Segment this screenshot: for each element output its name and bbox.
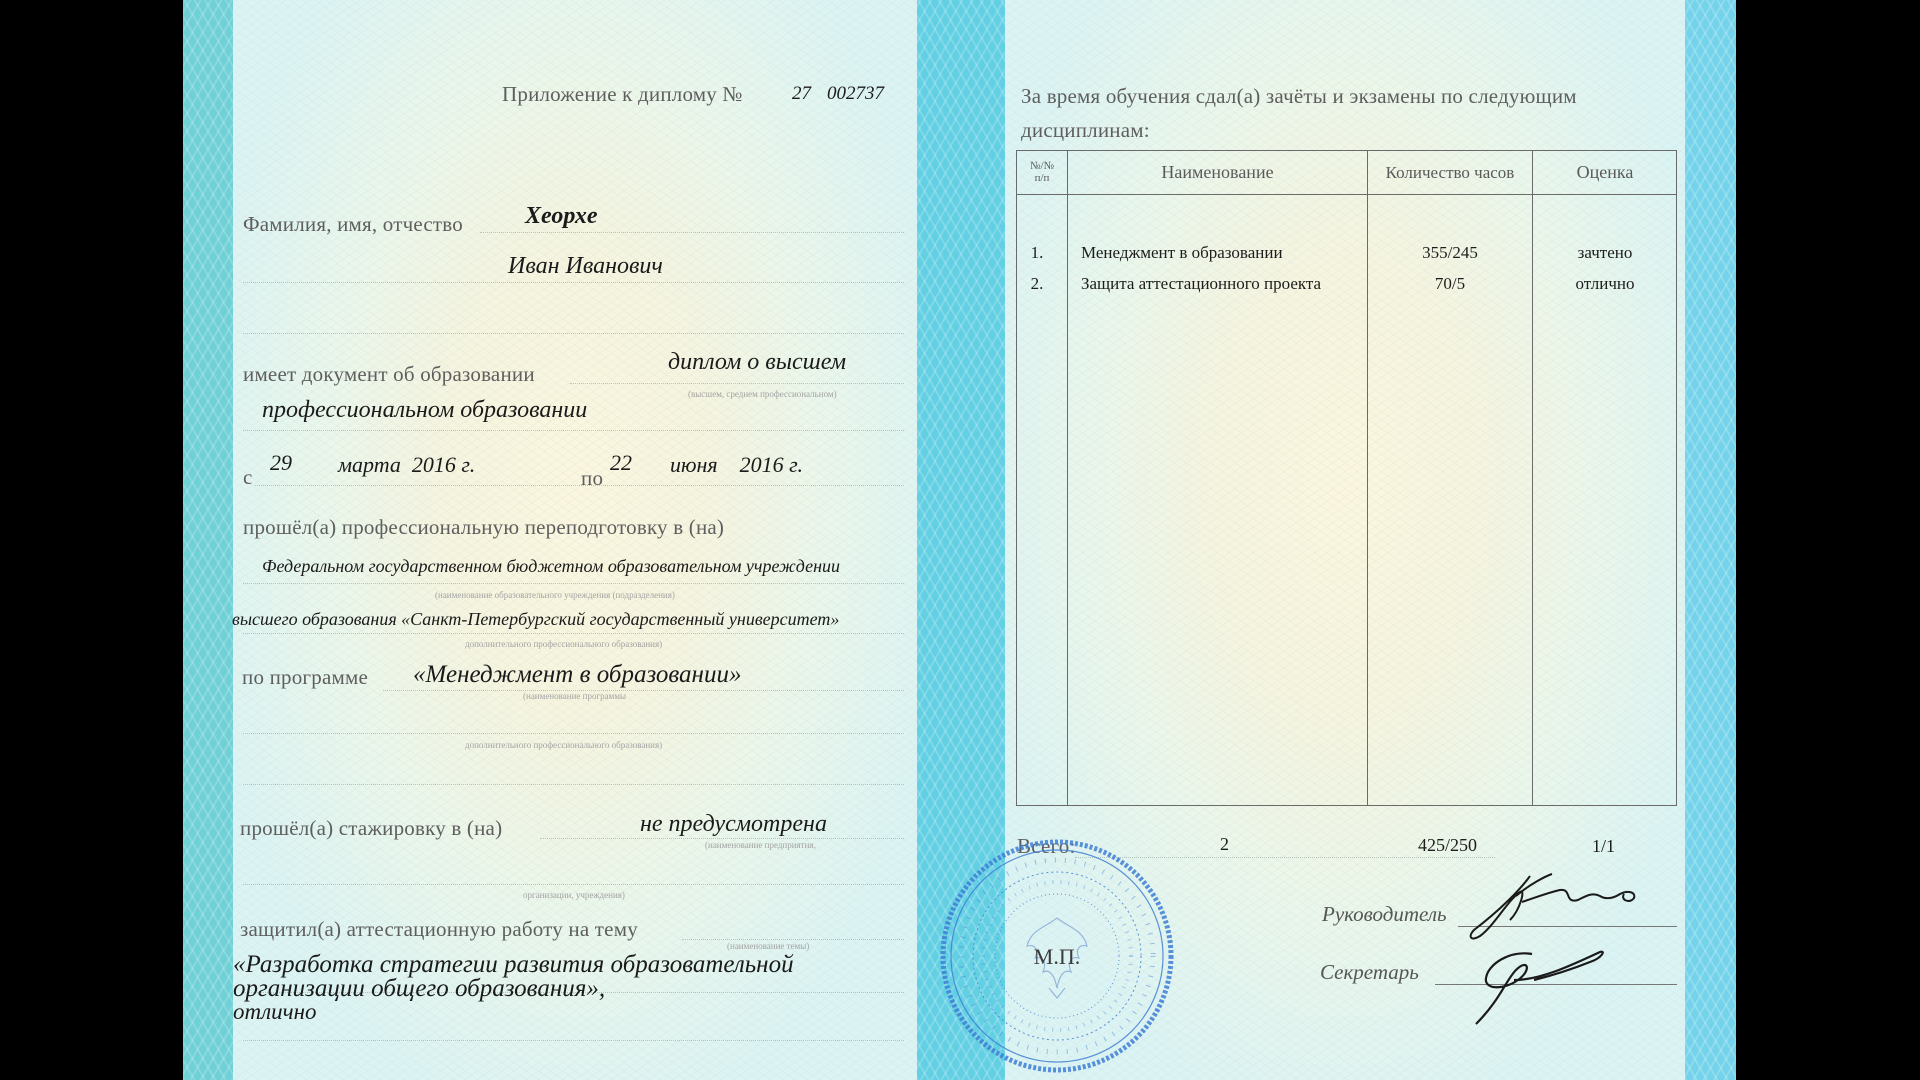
program-dotline-3 <box>243 784 904 785</box>
education-doc-line-2 <box>243 430 904 431</box>
education-doc-line-1 <box>570 383 904 384</box>
right-border-strip <box>1685 0 1736 1080</box>
thesis-label: защитил(а) аттестационную работу на тему <box>240 917 638 942</box>
appendix-series: 27 <box>792 83 811 105</box>
period-from-month-year: марта 2016 г. <box>338 452 475 478</box>
appendix-label: Приложение к диплому № <box>502 82 743 107</box>
row-number: 2. <box>1017 274 1057 294</box>
institution-caption-2: дополнительного профессионального образо… <box>465 639 662 649</box>
header-name: Наименование <box>1068 151 1367 194</box>
education-doc-caption: (высшем, среднем профессиональном) <box>688 389 837 399</box>
retraining-label: прошёл(а) профессиональную переподготовк… <box>243 515 724 540</box>
period-to-day: 22 <box>610 450 632 476</box>
row-grade: зачтено <box>1533 243 1677 263</box>
education-doc-label: имеет документ об образовании <box>243 362 535 387</box>
left-border-strip <box>183 0 233 1080</box>
program-value: «Менеджмент в образовании» <box>413 661 741 689</box>
institution-line-2: высшего образования «Санкт-Петербургский… <box>232 609 839 630</box>
internship-dotline-2 <box>243 884 904 885</box>
institution-dotline-2 <box>243 633 904 634</box>
name-patronymic: Иван Иванович <box>508 253 663 280</box>
program-caption-2: дополнительного профессионального образо… <box>465 740 662 750</box>
row-discipline-name: Менеджмент в образовании <box>1081 243 1283 263</box>
thesis-dotline-3 <box>243 1040 904 1041</box>
appendix-number: 002737 <box>827 83 884 105</box>
secretary-signature-line <box>1435 984 1677 985</box>
thesis-caption: (наименование темы) <box>727 941 809 951</box>
program-dotline-2 <box>243 733 904 734</box>
thesis-dotline-1 <box>682 939 904 940</box>
thesis-grade: отлично <box>233 999 317 1025</box>
fio-line-1 <box>480 232 904 233</box>
internship-value: не предусмотрена <box>640 811 827 838</box>
header-num-top: №/№ <box>1030 161 1054 173</box>
internship-label: прошёл(а) стажировку в (на) <box>240 816 502 841</box>
surname: Хеорхе <box>525 203 598 230</box>
fio-line-2 <box>243 282 904 283</box>
row-hours: 355/245 <box>1368 243 1532 263</box>
fio-line-3 <box>243 333 904 334</box>
total-grades: 1/1 <box>1592 836 1615 857</box>
total-hours: 425/250 <box>1418 835 1477 856</box>
period-to-label: по <box>581 466 603 491</box>
program-dotline-1 <box>383 690 904 691</box>
program-label: по программе <box>242 665 368 690</box>
institution-dotline-1 <box>243 583 904 584</box>
period-line <box>255 485 904 486</box>
total-label: Всего: <box>1017 834 1076 859</box>
header-num-bottom: п/п <box>1035 173 1050 185</box>
secretary-label: Секретарь <box>1320 960 1419 985</box>
institution-caption-1: (наименование образовательного учреждени… <box>435 590 675 600</box>
period-to-month-year: июня 2016 г. <box>670 452 803 478</box>
row-discipline-name: Защита аттестационного проекта <box>1081 274 1321 294</box>
total-count: 2 <box>1220 834 1229 855</box>
header-divider <box>1017 194 1676 195</box>
header-grade: Оценка <box>1533 151 1677 194</box>
internship-dotline-1 <box>540 838 904 839</box>
education-doc-value-2: профессиональном образовании <box>262 397 587 424</box>
institution-line-1: Федеральном государственном бюджетном об… <box>262 556 840 577</box>
col-divider-1 <box>1067 151 1068 805</box>
head-signature-line <box>1458 926 1677 927</box>
fio-label: Фамилия, имя, отчество <box>243 212 463 237</box>
total-dotline <box>1075 857 1495 858</box>
intro-line-1: За время обучения сдал(а) зачёты и экзам… <box>1021 84 1577 109</box>
row-number: 1. <box>1017 243 1057 263</box>
period-from-label: с <box>243 465 253 490</box>
education-doc-value-1: диплом о высшем <box>668 349 846 376</box>
internship-caption-2: организации, учреждения) <box>523 890 625 900</box>
row-hours: 70/5 <box>1368 274 1532 294</box>
intro-line-2: дисциплинам: <box>1021 118 1150 143</box>
row-grade: отлично <box>1533 274 1677 294</box>
internship-caption-1: (наименование предприятия, <box>705 840 816 850</box>
center-gutter-strip <box>917 0 1005 1080</box>
disciplines-table: №/№ п/п Наименование Количество часов Оц… <box>1016 150 1677 806</box>
header-num: №/№ п/п <box>1017 151 1067 194</box>
head-label: Руководитель <box>1322 902 1447 927</box>
period-from-day: 29 <box>270 450 292 476</box>
header-hours: Количество часов <box>1368 151 1532 194</box>
program-caption-1: (наименование программы <box>523 691 626 701</box>
